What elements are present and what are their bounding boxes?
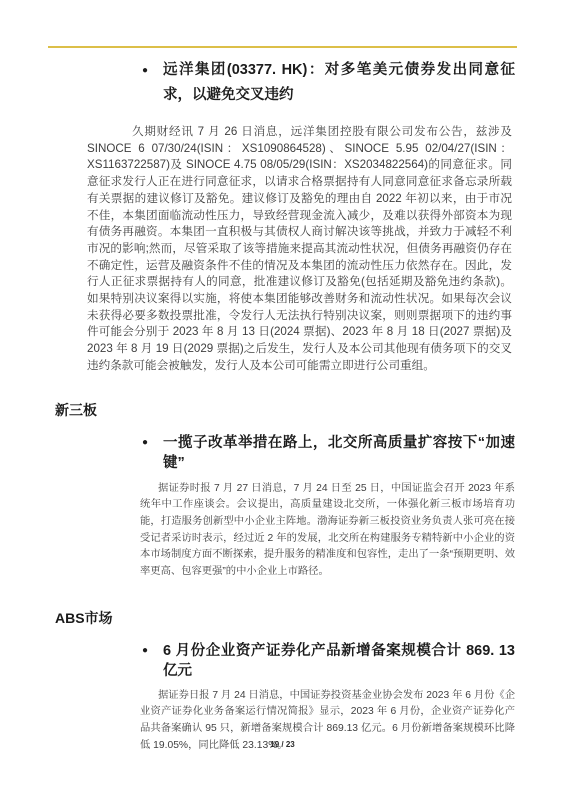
article-heading-abs: ● 6 月份企业资产证券化产品新增备案规模合计 869. 13 亿元: [140, 641, 515, 681]
article-heading-neeq-text: 一揽子改革举措在路上，北交所高质量扩容按下“加速键”: [163, 435, 515, 471]
article-heading-neeq: ● 一揽子改革举措在路上，北交所高质量扩容按下“加速键”: [140, 433, 515, 473]
article-heading-bond: ● 远洋集团(03377. HK)：对多笔美元债券发出同意征求，以避免交叉违约: [140, 58, 515, 108]
section-divider-line: [48, 46, 517, 48]
bullet-icon: ●: [142, 433, 148, 453]
article-heading-bond-text: 远洋集团(03377. HK)：对多笔美元债券发出同意征求，以避免交叉违约: [163, 62, 515, 103]
section-title-neeq: 新三板: [55, 401, 515, 419]
article-body-neeq: 据证券时报 7 月 27 日消息，7 月 24 日至 25 日，中国证监会召开 …: [140, 481, 515, 581]
article-heading-abs-text: 6 月份企业资产证券化产品新增备案规模合计 869. 13 亿元: [163, 643, 515, 679]
bullet-icon: ●: [142, 641, 148, 661]
article-body-bond: 久期财经讯 7 月 26 日消息，远洋集团控股有限公司发布公告，兹涉及 SINO…: [87, 124, 512, 375]
page-number: 19 / 23: [0, 740, 565, 749]
bullet-icon: ●: [142, 58, 148, 83]
section-title-abs: ABS市场: [55, 609, 515, 627]
